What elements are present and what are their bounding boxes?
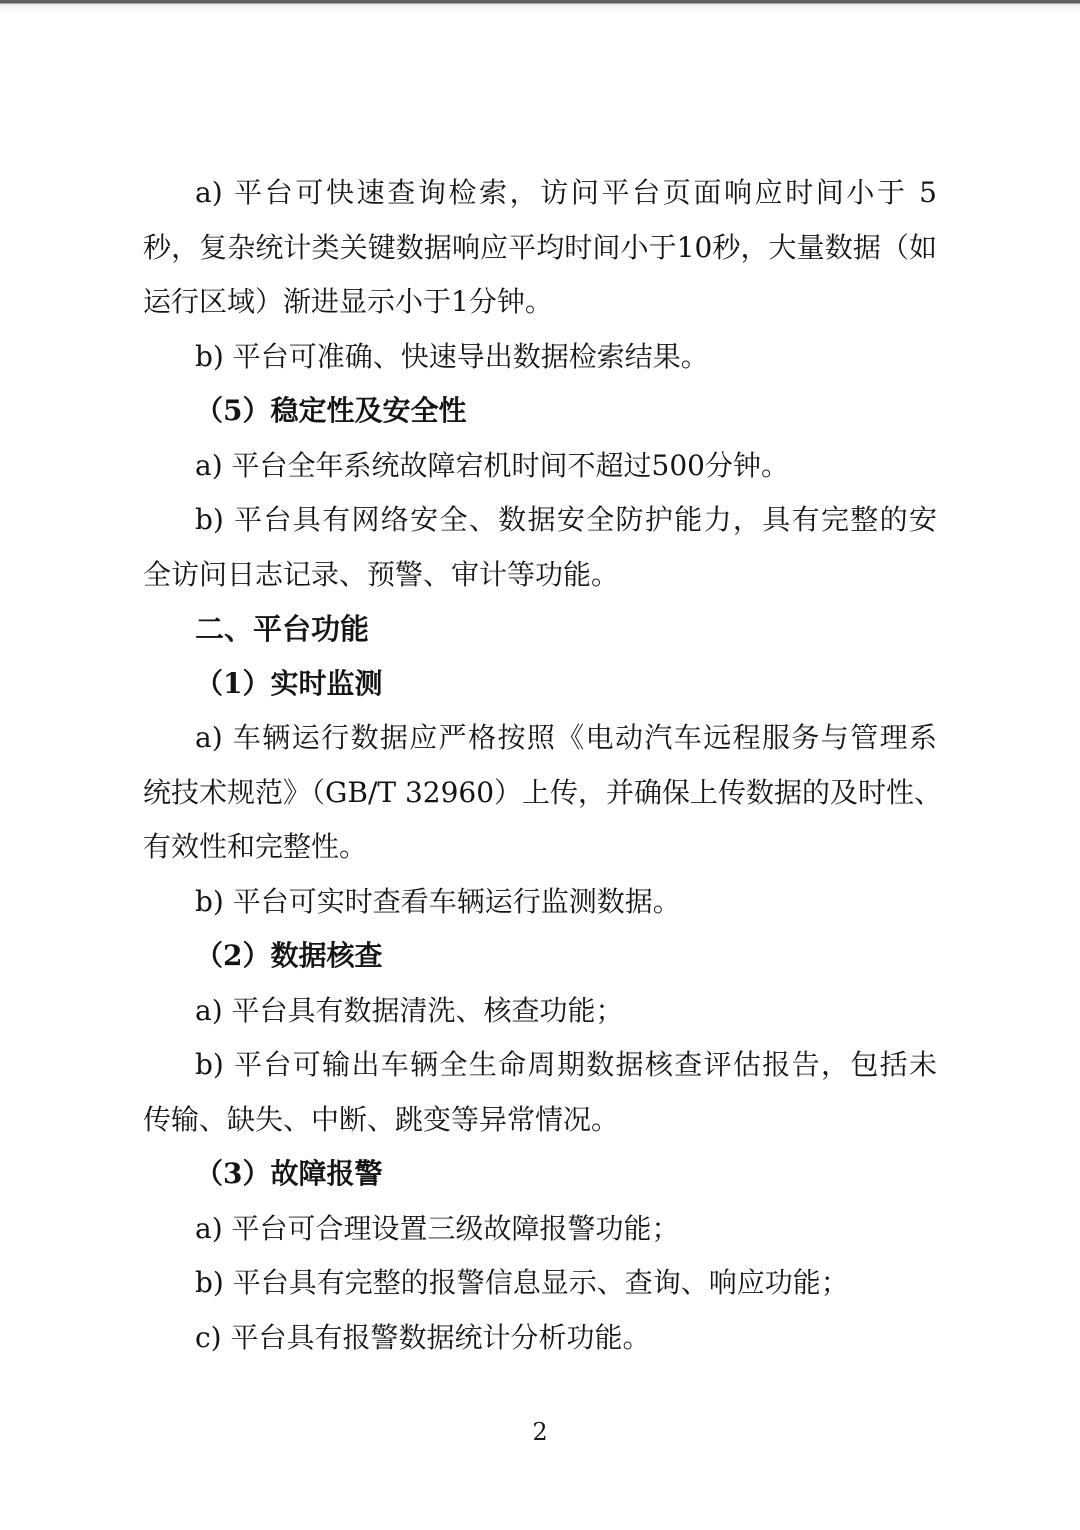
subsection-heading-3: （3）故障报警 — [143, 1147, 937, 1202]
paragraph-line: a) 平台可合理设置三级故障报警功能； — [143, 1202, 937, 1257]
paragraph-line: b) 平台可输出车辆全生命周期数据核查评估报告，包括未 — [143, 1038, 937, 1093]
paragraph-line: a) 平台可快速查询检索，访问平台页面响应时间小于 5 — [143, 166, 937, 221]
paragraph-line: b) 平台具有网络安全、数据安全防护能力，具有完整的安 — [143, 493, 937, 548]
page-number: 2 — [0, 1412, 1080, 1452]
paragraph-line: b) 平台可准确、快速导出数据检索结果。 — [143, 330, 937, 385]
paragraph-line: b) 平台可实时查看车辆运行监测数据。 — [143, 875, 937, 930]
paragraph-line: 秒，复杂统计类关键数据响应平均时间小于10秒，大量数据（如 — [143, 221, 937, 276]
paragraph-line: a) 平台全年系统故障宕机时间不超过500分钟。 — [143, 439, 937, 494]
document-page: a) 平台可快速查询检索，访问平台页面响应时间小于 5 秒，复杂统计类关键数据响… — [0, 0, 1080, 1530]
paragraph-line: a) 平台具有数据清洗、核查功能； — [143, 984, 937, 1039]
subsection-heading-2: （2）数据核查 — [143, 929, 937, 984]
paragraph-line: c) 平台具有报警数据统计分析功能。 — [143, 1311, 937, 1366]
document-content: a) 平台可快速查询检索，访问平台页面响应时间小于 5 秒，复杂统计类关键数据响… — [143, 166, 937, 1365]
subsection-heading-5: （5）稳定性及安全性 — [143, 384, 937, 439]
paragraph-line: 运行区域）渐进显示小于1分钟。 — [143, 275, 937, 330]
page-top-shadow — [0, 0, 1080, 15]
section-heading-2: 二、平台功能 — [143, 602, 937, 657]
paragraph-line: a) 车辆运行数据应严格按照《电动汽车远程服务与管理系 — [143, 711, 937, 766]
subsection-heading-1: （1）实时监测 — [143, 657, 937, 712]
paragraph-line: 有效性和完整性。 — [143, 820, 937, 875]
paragraph-line: 传输、缺失、中断、跳变等异常情况。 — [143, 1093, 937, 1148]
paragraph-line: 全访问日志记录、预警、审计等功能。 — [143, 548, 937, 603]
paragraph-line: 统技术规范》（GB/T 32960）上传，并确保上传数据的及时性、 — [143, 766, 937, 821]
paragraph-line: b) 平台具有完整的报警信息显示、查询、响应功能； — [143, 1256, 937, 1311]
